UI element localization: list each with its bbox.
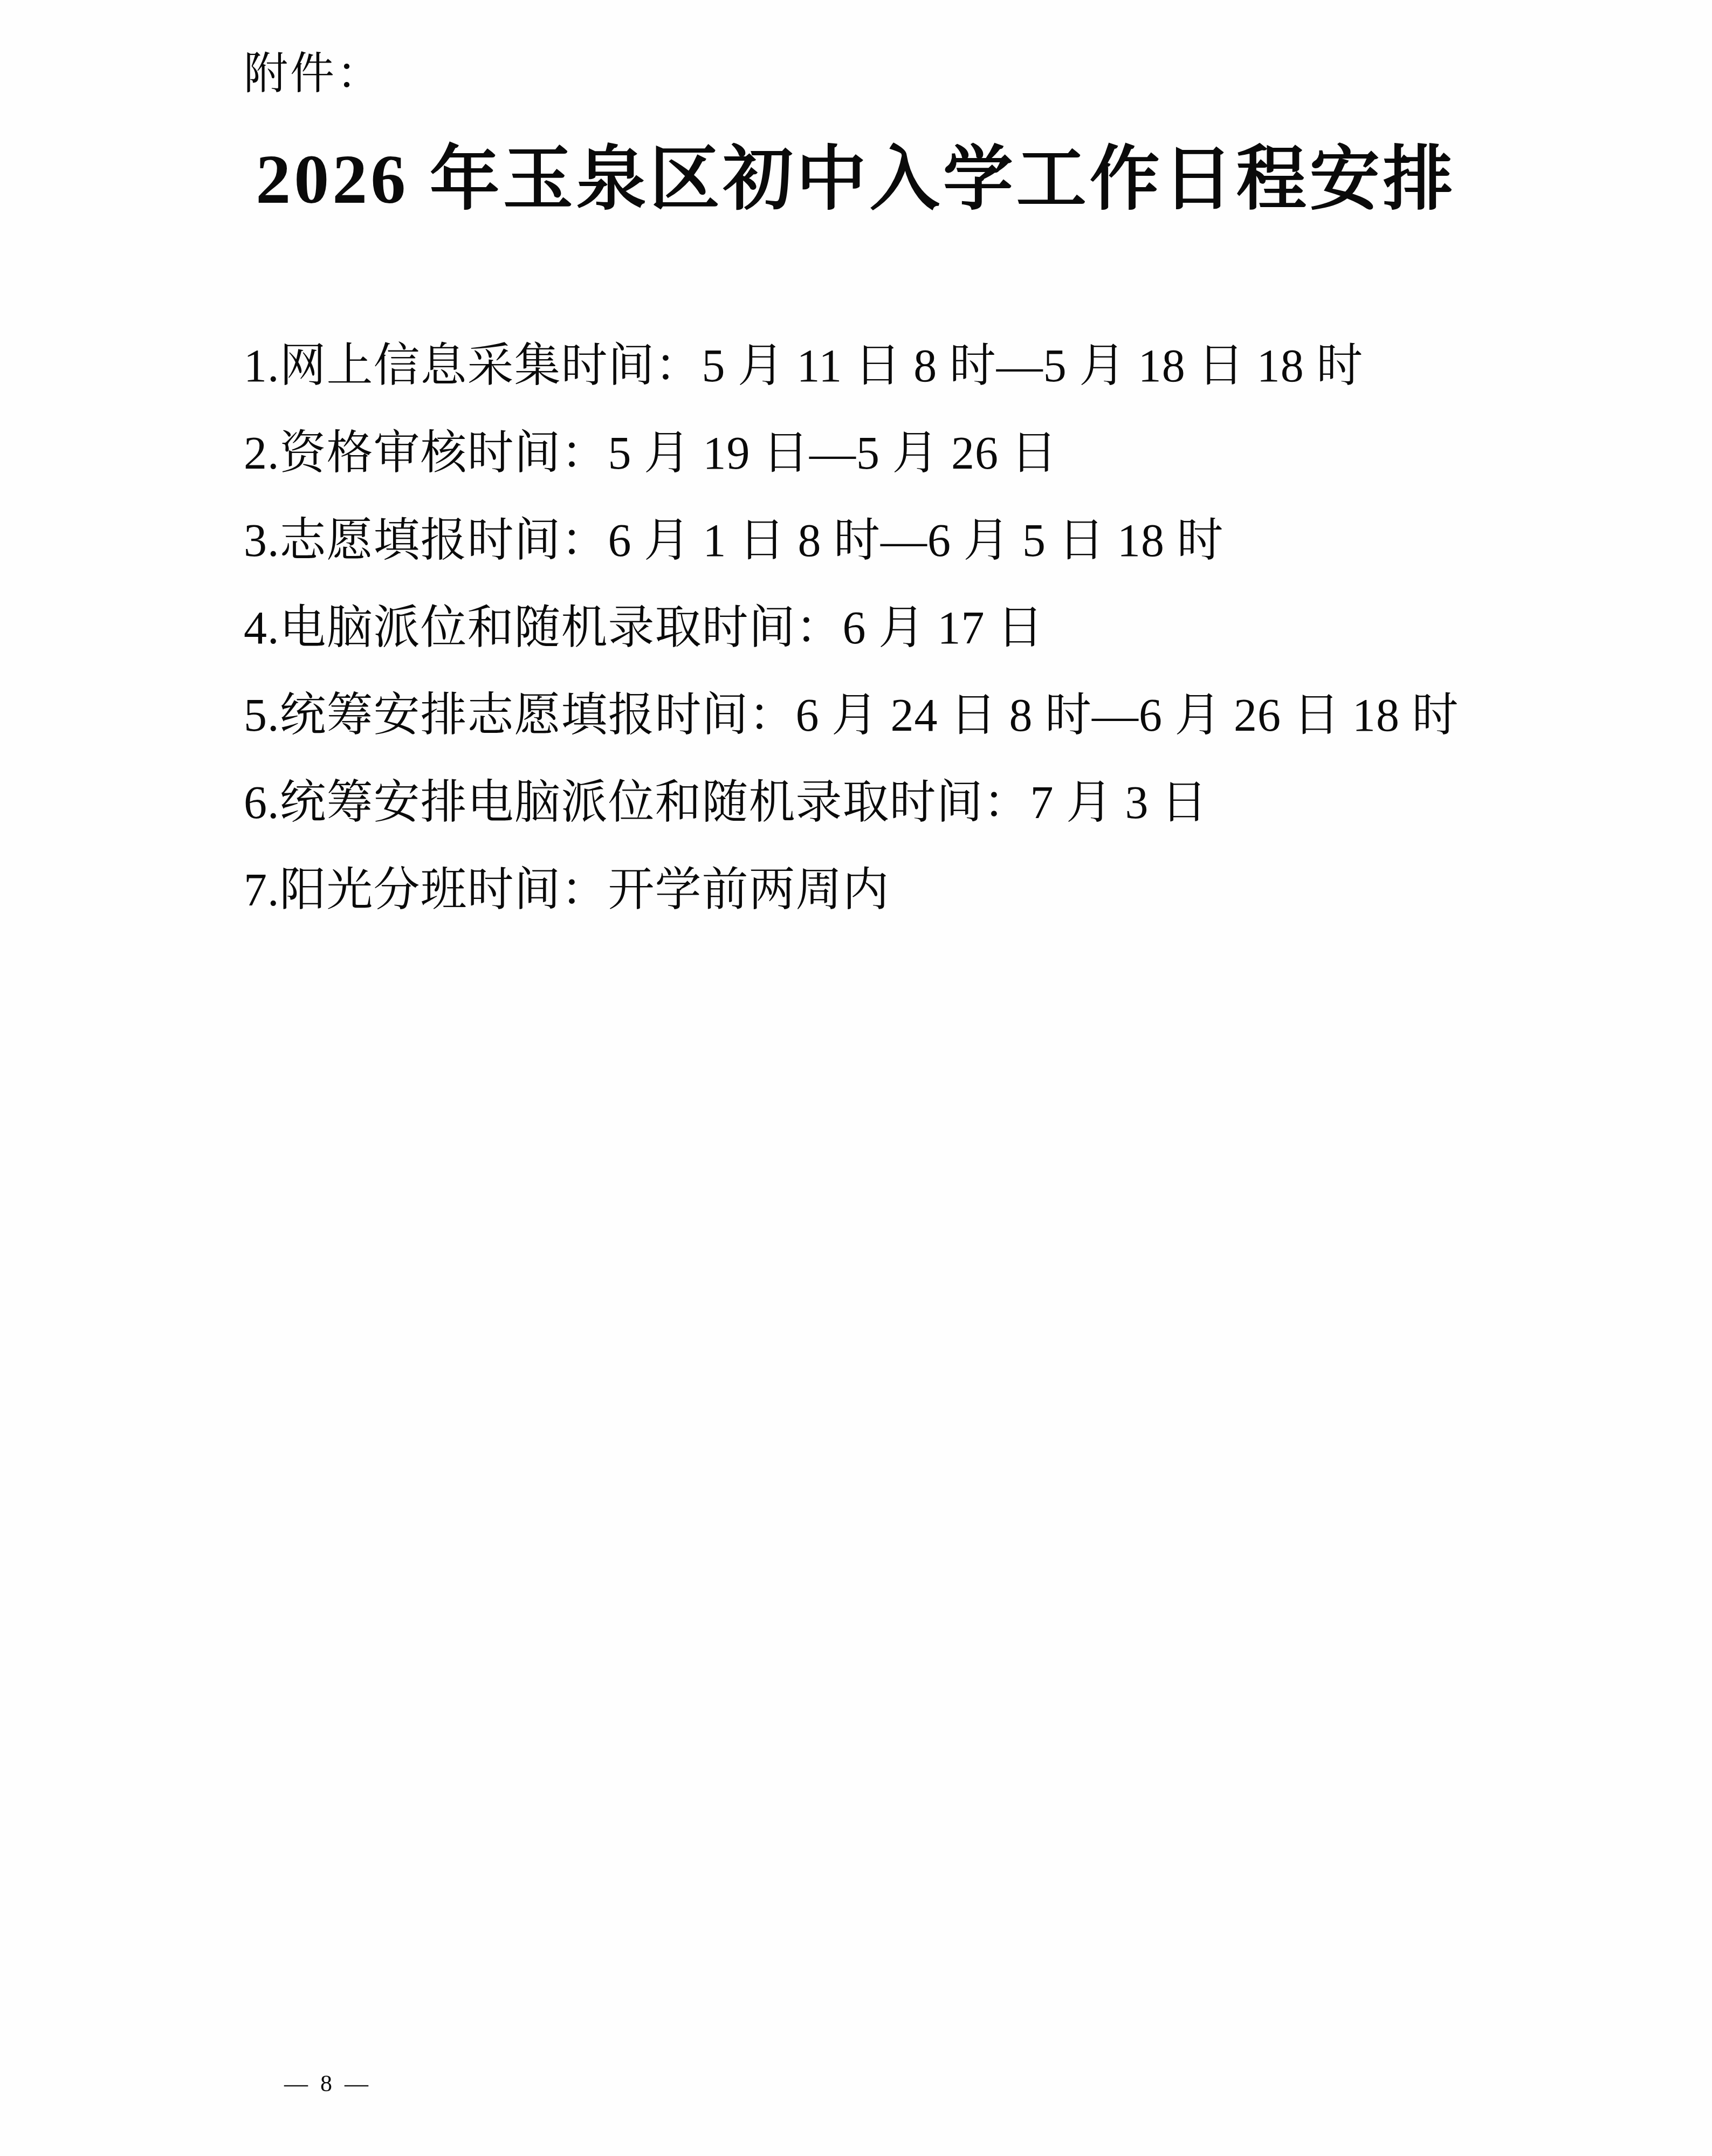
schedule-item-6: 6.统筹安排电脑派位和随机录取时间：7 月 3 日: [244, 759, 1550, 846]
schedule-item-3: 3.志愿填报时间：6 月 1 日 8 时—6 月 5 日 18 时: [244, 497, 1550, 584]
schedule-item-4: 4.电脑派位和随机录取时间：6 月 17 日: [244, 584, 1550, 671]
attachment-label: 附件：: [244, 50, 383, 98]
document-page: 附件： 2026 年玉泉区初中入学工作日程安排 1.网上信息采集时间：5 月 1…: [0, 0, 1712, 2156]
schedule-item-5: 5.统筹安排志愿填报时间：6 月 24 日 8 时—6 月 26 日 18 时: [244, 671, 1550, 759]
document-title: 2026 年玉泉区初中入学工作日程安排: [0, 141, 1712, 218]
schedule-item-7: 7.阳光分班时间：开学前两周内: [244, 846, 1550, 933]
schedule-item-2: 2.资格审核时间：5 月 19 日—5 月 26 日: [244, 409, 1550, 497]
schedule-item-1: 1.网上信息采集时间：5 月 11 日 8 时—5 月 18 日 18 时: [244, 322, 1550, 409]
page-number: — 8 —: [284, 2070, 372, 2097]
schedule-list: 1.网上信息采集时间：5 月 11 日 8 时—5 月 18 日 18 时 2.…: [244, 322, 1550, 933]
